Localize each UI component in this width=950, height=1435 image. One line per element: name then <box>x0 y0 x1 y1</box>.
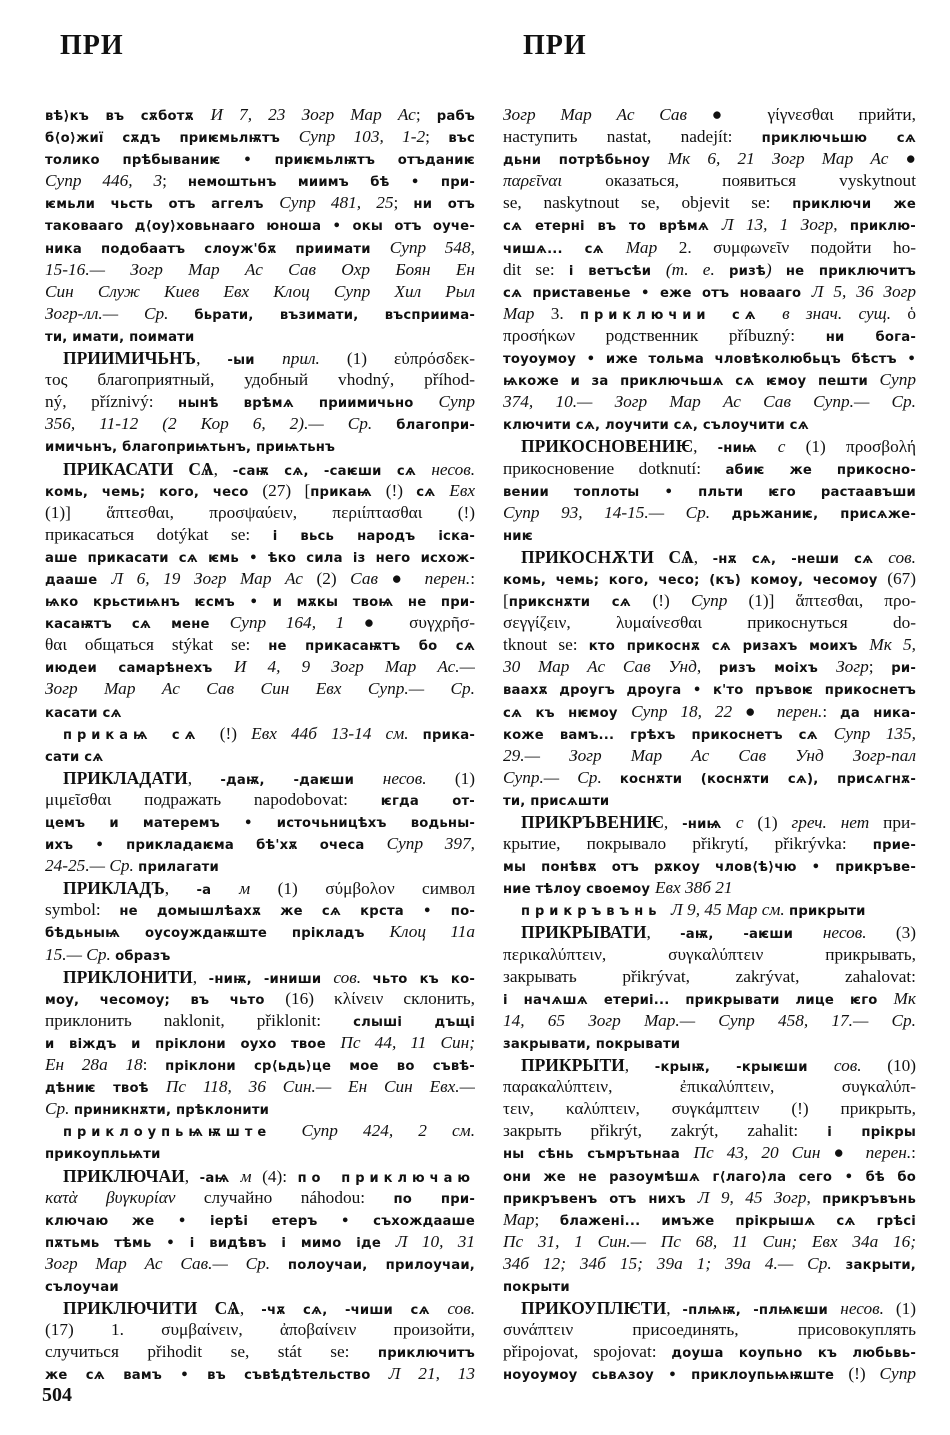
source-reference: Мар <box>626 238 679 257</box>
gloss-text: μιμεῖσθαι подражать napodobovat: <box>45 790 381 809</box>
text-line: ваахѫ дроугъ дроуга • к'то пръвоѥ прикос… <box>503 678 916 700</box>
slavonic-quote: прикръвънь <box>822 1192 916 1207</box>
source-reference: прил. <box>282 349 347 368</box>
slavonic-quote: ри- <box>891 661 916 676</box>
source-reference: Супр <box>691 591 749 610</box>
gloss-text: připojovat, spojovat: <box>503 1342 671 1361</box>
source-reference: 374, 10.— Зогр Мар Ас Сав Супр.— Ср. <box>503 392 916 411</box>
source-reference: Супр 424, 2 см. <box>301 1121 475 1140</box>
source-reference: Мар <box>503 1210 534 1229</box>
gloss-text: (3) <box>896 923 916 942</box>
gloss-text: закрыть přikrýt, zakrýt, zahalit: <box>503 1121 827 1140</box>
gloss-text: (1)] ἅπτεσθαι, προ- <box>749 591 916 610</box>
headword: ПРИКРЫТИ <box>521 1055 625 1075</box>
gloss-text: (17) 1. συμβαίνειν, ἀποβαίνειν произойти… <box>45 1320 475 1339</box>
source-reference: Пс 118, 36 Син.— Ен Син Евх.— <box>166 1077 475 1096</box>
gloss-text: (4): <box>262 1167 298 1186</box>
text-line: ПРИКЛАДЪ, -а м (1) σύμβολον символ <box>45 877 475 899</box>
slavonic-quote: чишѧ... сѧ <box>503 242 626 257</box>
slavonic-quote: -аѭ, -аѥши <box>680 927 823 942</box>
source-reference: κατὰ βυγκυρίαν <box>45 1188 204 1207</box>
slavonic-quote: закрывати, покрывати <box>503 1037 680 1052</box>
source-reference: Зогр Мар Ас Сав.— Ср. <box>45 1254 288 1273</box>
text-line: τειν, καλύπτειν, συγκάμπτειν (!) прикрыт… <box>503 1098 916 1120</box>
slavonic-quote: кто прикоснѫ сѧ ризахъ моихъ <box>589 639 870 654</box>
slavonic-quote: коже вамъ... грѣхъ прикоснетъ сѧ <box>503 728 834 743</box>
source-reference: Зогр Мар Ас Сав <box>503 105 687 124</box>
gloss-text: (16) κλίνειν склонить, <box>285 989 475 1008</box>
source-reference: Л 6, 19 Зогр Мар Ас <box>111 569 316 588</box>
text-line: ПРИКЛЮЧАИ, -аѩ м (4): по приключаю <box>45 1165 475 1187</box>
text-line: моу, чесомоу; въ чьто (16) κλίνειν склон… <box>45 988 475 1010</box>
text-line: Супр.— Ср. коснѫти (коснѫти сѧ), присѧгн… <box>503 767 916 789</box>
gloss-text: , <box>240 1299 261 1318</box>
gloss-text: приклонить naklonit, přiklonit: <box>45 1011 353 1030</box>
source-reference: 24-25.— Ср. <box>45 856 138 875</box>
text-line: сълоучаи <box>45 1275 475 1297</box>
slavonic-quote: ризѣ <box>729 264 766 279</box>
text-line: ти, присѧшти <box>503 789 916 811</box>
source-reference: Супр 446, 3 <box>45 171 162 190</box>
slavonic-quote: слыші дъщі <box>353 1015 475 1030</box>
gloss-text: , <box>625 1056 655 1075</box>
slavonic-quote: прие- <box>873 838 916 853</box>
gloss-text: (1) <box>896 1299 916 1318</box>
gloss-text: ; <box>869 657 892 676</box>
slavonic-quote: -даѭ, -даѥши <box>220 773 382 788</box>
slavonic-quote: ника подобаатъ слоуж'бѫ приимати <box>45 242 390 257</box>
source-reference: Супр 93, 14-15.— Ср. <box>503 503 732 522</box>
text-line: прикръвенъ отъ нихъ Л 9, 45 Зогр, прикръ… <box>503 1187 916 1209</box>
source-reference: несов. <box>840 1299 896 1318</box>
source-reference: Пс 44, 11 Син; <box>340 1033 475 1052</box>
text-line: б⟨о⟩жиї сѫдъ приѥмьлѭтъ Супр 103, 1-2; в… <box>45 126 475 148</box>
slavonic-quote: сълоучаи <box>45 1280 119 1295</box>
slavonic-quote: же сѧ вамъ • въ съвѣдѣтельство <box>45 1368 389 1383</box>
slavonic-quote: дрьжаниѥ, присѧже- <box>732 507 916 522</box>
source-reference: Л 9, 45 Мар см. <box>671 900 789 919</box>
text-line: tknout se: кто прикоснѫ сѧ ризахъ моихъ … <box>503 634 916 656</box>
gloss-text: (!) <box>220 724 251 743</box>
running-header-right: ПРИ <box>523 30 587 62</box>
source-reference: Л 9, 45 Зогр <box>698 1188 807 1207</box>
text-line: тоуоумоу • иже тольма чловѣколюбьцъ бѣст… <box>503 347 916 369</box>
text-line: наступить nastat, nadejít: приключьшю сѧ <box>503 126 916 148</box>
text-line: 15-16.— Зогр Мар Ас Сав Охр Боян Ен <box>45 259 475 281</box>
gloss-text: ný, příznivý: <box>45 392 178 411</box>
text-line: Супр 446, 3; немоштьнъ миимъ бѣ • при- <box>45 170 475 192</box>
source-reference: Супр 481, 25 <box>279 193 393 212</box>
headword: ПРИИМИЧЬНЪ <box>63 348 196 368</box>
headword: ПРИКОСНОВЕНИѤ <box>521 436 693 456</box>
source-reference: перен. <box>425 569 471 588</box>
headword: ПРИКЛАДЪ <box>63 878 165 898</box>
text-line: коже вамъ... грѣхъ прикоснетъ сѧ Супр 13… <box>503 723 916 745</box>
text-line: ný, příznivý: нынѣ врѣмѧ приимичьно Супр <box>45 391 475 413</box>
slavonic-quote: образъ <box>115 949 170 964</box>
slavonic-quote: прикрыти <box>789 904 866 919</box>
text-line: Син Служ Киев Евх Клоц Супр Хил Рыл <box>45 281 475 303</box>
slavonic-quote: аше прикасати сѧ ѥмь • ѣко сила із него … <box>45 551 475 566</box>
slavonic-quote: ние тѣлоу своемоу <box>503 882 655 897</box>
gloss-text: θαι общаться stýkat se: <box>45 635 268 654</box>
text-line: 15.— Ср. образъ <box>45 944 475 966</box>
text-line: ПРИКРЫТИ, -крыѭ, -крыѥши сов. (10) <box>503 1054 916 1076</box>
source-reference: Л 13, 1 Зогр <box>722 215 833 234</box>
text-line: приклоупьѩѭште Супр 424, 2 см. <box>45 1120 475 1142</box>
slavonic-quote: ваахѫ дроугъ дроуга • к'то пръвоѥ прикос… <box>503 683 916 698</box>
gloss-text: (!) <box>848 1364 879 1383</box>
headword: ПРИКОУПЛѤТИ <box>521 1298 666 1318</box>
slavonic-quote: таковааго д⟨оу⟩ховьнааго юноша • окы отъ… <box>45 219 475 234</box>
gloss-text: , <box>165 879 197 898</box>
slavonic-quote: моу, чесомоу; въ чьто <box>45 993 285 1008</box>
source-reference: с <box>778 437 806 456</box>
slavonic-quote: ни бога- <box>826 330 916 345</box>
slavonic-quote: дѣниѥ твоѣ <box>45 1081 166 1096</box>
slavonic-quote: да ника- <box>840 706 916 721</box>
slavonic-quote: дааше <box>45 573 111 588</box>
text-line: ПРИКОУПЛѤТИ, -плѩѭ, -плѩѥши несов. (1) <box>503 1297 916 1319</box>
slavonic-quote: -плѩѭ, -плѩѥши <box>682 1303 840 1318</box>
gloss-text: ● <box>888 149 916 168</box>
source-reference: Мар <box>503 304 551 323</box>
text-line: прикаѩ сѧ (!) Евх 44б 13-14 см. прика- <box>45 723 475 745</box>
text-line: ПРИКОСНОВЕНИѤ, -ниѩ с (1) προσβολή <box>503 435 916 457</box>
slavonic-quote: не прикасаѭтъ бо сѧ <box>268 639 475 654</box>
source-reference: Супр 135, <box>834 724 916 743</box>
slavonic-quote: имичьнъ, благоприѩтьнъ, приѩтьнъ <box>45 440 335 455</box>
slavonic-quote: прикоупльѩти <box>45 1147 161 1162</box>
slavonic-quote: полоучаи, прилоучаи, <box>288 1258 475 1273</box>
source-reference: несов. <box>431 460 475 479</box>
source-reference: И 7, 23 Зогр Мар Ас <box>210 105 415 124</box>
source-reference: Ср. <box>45 1099 74 1118</box>
gloss-text: крытие, покрывало přikrytí, přikrývka: <box>503 834 873 853</box>
slavonic-quote: въс <box>448 131 475 146</box>
slavonic-quote: ѩкоже и за приключьшѧ сѧ ѥмоу пешти <box>503 374 880 389</box>
source-reference: Ен 28а 18 <box>45 1055 143 1074</box>
text-line: παρακαλύπτειν, ἐπικαλύπτειν, συγκαλύπ- <box>503 1076 916 1098</box>
slavonic-quote: не приключитъ <box>786 264 916 279</box>
slavonic-quote: -ниѩ <box>682 817 736 832</box>
text-line: вении топлоты • пльти ѥго растаавъши <box>503 480 916 502</box>
slavonic-quote: ризъ моіхъ <box>719 661 836 676</box>
text-line: ноуоумоу сьвѧзоу • приклоупьѩѭште (!) Су… <box>503 1363 916 1385</box>
slavonic-quote: бьрати, възимати, въсприима- <box>194 308 475 323</box>
gloss-text: , <box>185 1167 200 1186</box>
text-line: ниѥ <box>503 524 916 546</box>
text-line: συνάπτειν присоединять, присовокуплять <box>503 1319 916 1341</box>
gloss-text: , <box>196 349 227 368</box>
text-line: прикръвънь Л 9, 45 Мар см. прикрыти <box>503 899 916 921</box>
gloss-text: , <box>697 657 719 676</box>
text-line: Супр 93, 14-15.— Ср. дрьжаниѥ, присѧже- <box>503 502 916 524</box>
text-line: комь, чемь; кого, чесо; (къ) комоу, чесо… <box>503 568 916 590</box>
slavonic-quote: б⟨о⟩жиї сѫдъ приѥмьлѭтъ <box>45 131 299 146</box>
text-line: они же не разоумѣшѧ г⟨лаго⟩ла сего • бѣ … <box>503 1165 916 1187</box>
headword: ПРИКРЫВАТИ <box>521 922 646 942</box>
text-line: сѧ приставенье • еже отъ новааго Л 5, 36… <box>503 281 916 303</box>
text-line: παρεῖναι оказаться, появиться vyskytnout <box>503 170 916 192</box>
gloss-text: παρακαλύπτειν, ἐπικαλύπτειν, συγκαλύπ- <box>503 1077 916 1096</box>
source-reference: несов. <box>823 923 896 942</box>
slavonic-quote: приникнѫти, прѣклонити <box>74 1103 269 1118</box>
text-line: закрывать přikrývat, zakrývat, zahalovat… <box>503 966 916 988</box>
slavonic-quote: ѥмьли чьсть отъ аггелъ <box>45 197 279 212</box>
slavonic-quote: не домышлѣахѫ же сѧ крста • по- <box>119 904 475 919</box>
source-reference: Пс 31, 1 Син.— Пс 68, 11 Син; Евх 34а 16… <box>503 1232 916 1251</box>
text-line: se, naskytnout se, objevit se: приключи … <box>503 192 916 214</box>
text-line: 14, 65 Зогр Мар.— Супр 458, 17.— Ср. <box>503 1010 916 1032</box>
gloss-text: : <box>470 569 475 588</box>
slavonic-quote: сати сѧ <box>45 750 103 765</box>
text-line: сѧ етерні въ то врѣмѧ Л 13, 1 Зогр, прик… <box>503 214 916 236</box>
source-reference: Супр <box>880 1364 916 1383</box>
text-line: прикасаться dotýkat se: і вьсь народъ іс… <box>45 524 475 546</box>
slavonic-quote: ти, присѧшти <box>503 794 609 809</box>
source-reference: Зогр Мар Ас Сав Син Евх Супр.— Ср. <box>45 679 475 698</box>
text-line: 29.— Зогр Мар Ас Сав Унд Зогр-пал <box>503 745 916 767</box>
text-line: покрыти <box>503 1275 916 1297</box>
slavonic-quote: ихъ • прикладаѥма бѣ'хѫ очеса <box>45 838 387 853</box>
text-line: касати сѧ <box>45 701 475 723</box>
gloss-text: ; <box>162 171 188 190</box>
text-line: ѩкоже и за приключьшѧ сѧ ѥмоу пешти Супр <box>503 369 916 391</box>
source-reference: с <box>736 813 758 832</box>
source-reference: Пс 43, 20 Син <box>694 1143 821 1162</box>
text-line: Мар; блажені... имъже прікрышѧ сѧ грѣсі <box>503 1209 916 1231</box>
source-reference: сов. <box>834 1056 887 1075</box>
slavonic-quote: ключаю же • іерѣі етеръ • съхождааше <box>45 1214 475 1229</box>
slavonic-quote: рабъ <box>437 109 475 124</box>
source-reference: Клоц 11а <box>389 922 475 941</box>
headword: ПРИКОСНѪТИ СѦ <box>521 547 694 567</box>
text-line: закрывати, покрывати <box>503 1032 916 1054</box>
text-line: же сѧ вамъ • въ съвѣдѣтельство Л 21, 13 <box>45 1363 475 1385</box>
text-line: ника подобаатъ слоуж'бѫ приимати Супр 54… <box>45 237 475 259</box>
text-line: Зогр Мар Ас Сав Син Евх Супр.— Ср. <box>45 678 475 700</box>
text-line: имичьнъ, благоприѩтьнъ, приѩтьнъ <box>45 435 475 457</box>
gloss-text: , <box>694 548 713 567</box>
text-line: προσήκων родственник příbuzný: ни бога- <box>503 325 916 347</box>
text-line: сѧ къ нѥмоу Супр 18, 22 ● перен.: да ник… <box>503 701 916 723</box>
gloss-text: (1) σύμβολον символ <box>278 879 475 898</box>
running-header-left: ПРИ <box>60 30 124 62</box>
gloss-text: , <box>806 1188 822 1207</box>
source-reference: Мк 5, <box>869 635 916 654</box>
text-line: чишѧ... сѧ Мар 2. συμφωνεῖν подойти ho- <box>503 237 916 259</box>
slavonic-quote: прика- <box>423 728 475 743</box>
slavonic-quote: прикръвенъ отъ нихъ <box>503 1192 698 1207</box>
source-reference: ) <box>766 260 786 279</box>
slavonic-quote: цемъ и матеремъ • источьницѣхъ водьны- <box>45 816 475 831</box>
text-line: Мар 3. приключии сѧ в знач. сущ. ὁ <box>503 303 916 325</box>
source-reference: (т. е. <box>666 260 729 279</box>
slavonic-quote: приключьшю сѧ <box>762 131 916 146</box>
gloss-text: (1) εὐπρόσδεκ- <box>347 349 475 368</box>
source-reference: м <box>239 879 277 898</box>
gloss-text: ; <box>425 127 448 146</box>
text-line: цемъ и матеремъ • источьницѣхъ водьны- <box>45 811 475 833</box>
slavonic-quote: вении топлоты • пльти ѥго растаавъши <box>503 485 916 500</box>
source-reference: παρεῖναι <box>503 171 605 190</box>
gloss-text: συνάπτειν присоединять, присовокуплять <box>503 1320 916 1339</box>
slavonic-quote: прилагати <box>138 860 219 875</box>
source-reference: Мк <box>894 989 916 1008</box>
source-reference: Супр 397, <box>387 834 475 853</box>
gloss-text: : <box>822 702 840 721</box>
source-reference: 34б 12; 34б 15; 39а 1; 39а 4.— Ср. <box>503 1254 846 1273</box>
text-line: τος благоприятный, удобный vhodný, přího… <box>45 369 475 391</box>
text-line: symbol: не домышлѣахѫ же сѧ крста • по- <box>45 899 475 921</box>
text-line: ключаю же • іерѣі етеръ • съхождааше <box>45 1209 475 1231</box>
slavonic-quote: пріклони ср⟨ьдь⟩це мое во съвѣ- <box>165 1059 475 1074</box>
gloss-text: , <box>214 460 233 479</box>
gloss-text: (10) <box>887 1056 916 1075</box>
gloss-text: (1) <box>757 813 791 832</box>
source-reference: 14, 65 Зогр Мар.— Супр 458, 17.— Ср. <box>503 1011 916 1030</box>
text-line: закрыть přikrýt, zakrýt, zahalit: і прік… <box>503 1120 916 1142</box>
text-line: (1)] ἅπτεσθαι, προσψαύειν, περιίπτασθαι … <box>45 502 475 524</box>
text-line: і начѧшѧ етериі... прикрывати лице ѥго М… <box>503 988 916 1010</box>
gloss-text: , <box>646 923 680 942</box>
gloss-text: прикасаться dotýkat se: <box>45 525 273 544</box>
source-reference: Супр 103, 1-2 <box>299 127 425 146</box>
text-line: 34б 12; 34б 15; 39а 1; 39а 4.— Ср. закры… <box>503 1253 916 1275</box>
slavonic-quote: ѥгда от- <box>381 794 475 809</box>
source-reference: Супр.— Ср. <box>503 768 620 787</box>
spaced-lemma: приключии сѧ <box>580 308 782 323</box>
headword: ПРИКЛОНИТИ <box>63 967 193 987</box>
source-reference: перен. <box>866 1143 912 1162</box>
text-line: июдеи самарѣнехъ И 4, 9 Зогр Мар Ас.— <box>45 656 475 678</box>
text-line: 374, 10.— Зогр Мар Ас Сав Супр.— Ср. <box>503 391 916 413</box>
text-line: 356, 11-12 (2 Кор 6, 2).— Ср. благопри- <box>45 413 475 435</box>
text-line: комь, чемь; кого, чесо (27) [прикаѩ (!) … <box>45 480 475 502</box>
gloss-text: , <box>693 437 718 456</box>
slavonic-quote: -ниѩ <box>718 441 778 456</box>
gloss-text: , <box>188 769 221 788</box>
slavonic-quote: ни отъ <box>413 197 475 212</box>
text-line: μιμεῖσθαι подражать napodobovat: ѥгда от… <box>45 789 475 811</box>
slavonic-quote: і ветъсѣи <box>569 264 666 279</box>
text-line: сати сѧ <box>45 745 475 767</box>
source-reference: Сав <box>350 569 378 588</box>
source-reference: 15-16.— Зогр Мар Ас Сав Охр Боян Ен <box>45 260 475 279</box>
slavonic-quote: благопри- <box>396 418 475 433</box>
headword: ПРИКЛЮЧИТИ СѦ <box>63 1298 240 1318</box>
text-line: касаѭтъ сѧ мене Супр 164, 1 ● συγχρῆσ- <box>45 612 475 634</box>
gloss-text: (1) <box>455 769 475 788</box>
slavonic-quote: -ниѭ, -иниши <box>209 972 334 987</box>
source-reference: Зогр-лл.— Ср. <box>45 304 194 323</box>
gloss-text: ; <box>416 105 437 124</box>
text-line: ПРИКОСНѪТИ СѦ, -нѫ сѧ, -неши сѧ сов. <box>503 546 916 568</box>
source-reference: в знач. сущ. <box>782 304 907 323</box>
slavonic-quote: сѧ етерні въ то врѣмѧ <box>503 219 722 234</box>
gloss-text: (67) <box>887 569 916 588</box>
slavonic-quote: комь, чемь; кого, чесо; (къ) комоу, чесо… <box>503 573 887 588</box>
slavonic-quote: тоуоумоу • иже тольма чловѣколюбьцъ бѣст… <box>503 352 916 367</box>
source-reference: Супр <box>439 392 475 411</box>
slavonic-quote: толико прѣбываниѥ • приѥмьлѭтъ отъданиѥ <box>45 153 475 168</box>
slavonic-quote: пѫтьмь тѣмь • і видѣвъ і мимо іде <box>45 1236 396 1251</box>
gloss-text: случайно náhodou: <box>204 1188 394 1207</box>
gloss-text: ; <box>534 1210 559 1229</box>
slavonic-quote: -чѫ сѧ, -чиши сѧ <box>261 1303 447 1318</box>
text-line: 30 Мар Ас Сав Унд, ризъ моіхъ Зогр; ри- <box>503 656 916 678</box>
gloss-text: 2. συμφωνεῖν подойти ho- <box>679 238 916 257</box>
source-reference: Л 5, 36 Зогр <box>812 282 916 301</box>
source-reference: греч. нет <box>791 813 883 832</box>
slavonic-quote: сѧ приставенье • еже отъ новааго <box>503 286 812 301</box>
slavonic-quote: блажені... имъже прікрышѧ сѧ грѣсі <box>560 1214 916 1229</box>
gloss-text: 3. <box>551 304 580 323</box>
slavonic-quote: -саѭ сѧ, -саѥши сѧ <box>233 464 432 479</box>
headword: ПРИКАСАТИ СѦ <box>63 459 214 479</box>
text-line: дѣниѥ твоѣ Пс 118, 36 Син.— Ен Син Евх.— <box>45 1076 475 1098</box>
slavonic-quote: сѧ <box>416 485 449 500</box>
slavonic-quote: чьто къ ко- <box>373 972 475 987</box>
slavonic-quote: -ыи <box>227 353 282 368</box>
source-reference: 356, 11-12 (2 Кор 6, 2).— Ср. <box>45 414 396 433</box>
slavonic-quote: бѣдьныѩ оусоуждаѭште прікладъ <box>45 926 389 941</box>
text-line: [прикснѫти сѧ (!) Супр (1)] ἅπτεσθαι, πρ… <box>503 590 916 612</box>
spaced-lemma: приклоупьѩѭште <box>63 1125 301 1140</box>
slavonic-quote: ти, имати, поимати <box>45 330 194 345</box>
source-reference: Син Служ Киев Евх Клоц Супр Хил Рыл <box>45 282 475 301</box>
text-line: аше прикасати сѧ ѥмь • ѣко сила із него … <box>45 546 475 568</box>
gloss-text: προσήκων родственник příbuzný: <box>503 326 826 345</box>
text-line: дааше Л 6, 19 Зогр Мар Ас (2) Сав ● пере… <box>45 568 475 590</box>
slavonic-quote: -крыѭ, -крыѥши <box>655 1060 834 1075</box>
gloss-text: τειν, καλύπτειν, συγκάμπτειν (!) прикрыт… <box>503 1099 916 1118</box>
source-reference: сов. <box>888 548 916 567</box>
gloss-text: : <box>911 1143 916 1162</box>
text-line: (17) 1. συμβαίνειν, ἀποβαίνειν произойти… <box>45 1319 475 1341</box>
text-line: Ср. приникнѫти, прѣклонити <box>45 1098 475 1120</box>
text-line: приклонить naklonit, přiklonit: слыші дъ… <box>45 1010 475 1032</box>
text-line: ние тѣлоу своемоу Евх 38б 21 <box>503 877 916 899</box>
text-line: прикоупльѩти <box>45 1142 475 1164</box>
source-reference: Мк 6, 21 Зогр Мар Ас <box>668 149 889 168</box>
slavonic-quote: покрыти <box>503 1280 570 1295</box>
slavonic-quote: і начѧшѧ етериі... прикрывати лице ѥго <box>503 993 894 1008</box>
spaced-lemma: по приключаю <box>298 1171 475 1186</box>
text-line: ти, имати, поимати <box>45 325 475 347</box>
text-line: 24-25.— Ср. прилагати <box>45 855 475 877</box>
gloss-text: se, naskytnout se, objevit se: <box>503 193 792 212</box>
gloss-text: при- <box>883 813 916 832</box>
slavonic-quote: і вьсь народъ іска- <box>273 529 475 544</box>
text-line: připojovat, spojovat: доуша коупьно къ л… <box>503 1341 916 1363</box>
slavonic-quote: приключи же <box>792 197 916 212</box>
dictionary-column-left: вѣ⟩къ въ сѫботѫ И 7, 23 Зогр Мар Ас; раб… <box>45 104 475 1385</box>
slavonic-quote: дьни потрѣбьноу <box>503 153 668 168</box>
gloss-text: , <box>664 813 682 832</box>
source-reference: Супр 18, 22 <box>631 702 732 721</box>
source-reference: Супр <box>880 370 916 389</box>
text-line: σεγγίζειν, λυμαίνεσθαι прикоснуться do- <box>503 612 916 634</box>
text-line: ѥмьли чьсть отъ аггелъ Супр 481, 25; ни … <box>45 192 475 214</box>
source-reference: Евх 44б 13-14 см. <box>251 724 423 743</box>
gloss-text: наступить nastat, nadejít: <box>503 127 762 146</box>
source-reference: несов. <box>383 769 455 788</box>
source-reference: Зогр <box>836 657 869 676</box>
slavonic-quote: і прікры <box>827 1125 916 1140</box>
text-line: пѫтьмь тѣмь • і видѣвъ і мимо іде Л 10, … <box>45 1231 475 1253</box>
